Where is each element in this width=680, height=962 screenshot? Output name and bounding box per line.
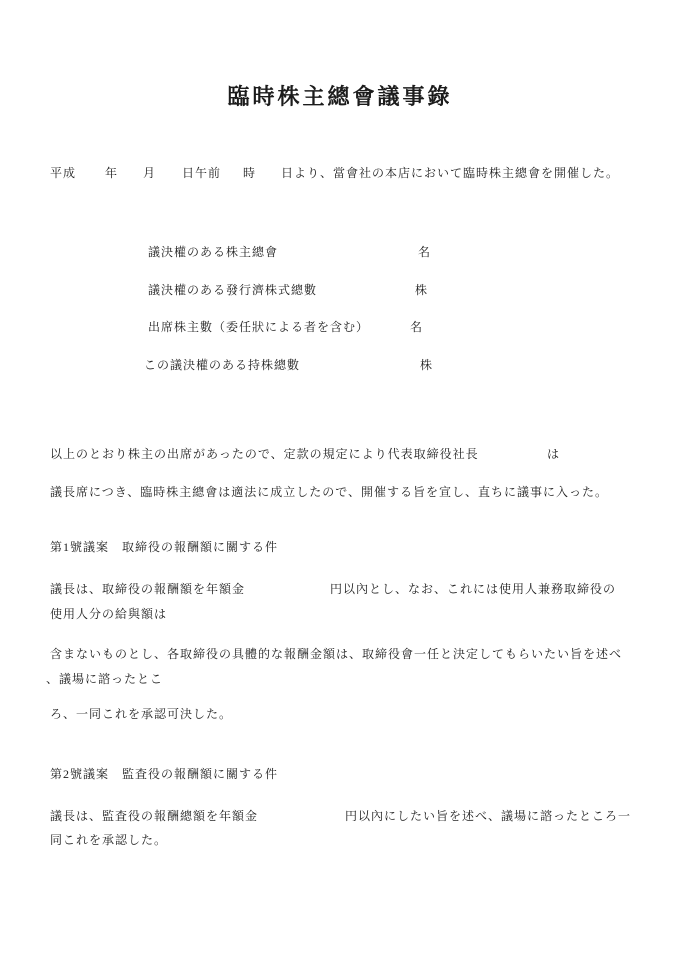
- attendance-label: 出席株主數（委任狀による者を含む）: [148, 318, 369, 335]
- agenda2-para1-right: 円以內にしたい旨を述べ、議場に諮ったところ一: [345, 807, 631, 824]
- agenda1-para1-line2-text: 使用人分の給與額は: [50, 605, 167, 622]
- agenda1-para3: ろ、一同これを承認可決した。: [0, 705, 680, 723]
- agenda1-heading: 第1號議案 取締役の報酬額に關する件: [0, 538, 680, 556]
- attendance-unit: 名: [418, 243, 431, 260]
- opening-line-1: 以上のとおり株主の出席があったので、定款の規定により代表取締役社長 は: [0, 445, 680, 463]
- attendance-label: 議決權のある株主總會: [148, 243, 278, 260]
- month-suffix: 月: [143, 164, 156, 181]
- hour-suffix: 時: [243, 164, 256, 181]
- attendance-unit: 株: [415, 281, 428, 298]
- agenda2-heading-text: 第2號議案 監査役の報酬額に關する件: [50, 765, 278, 782]
- attendance-row: 出席株主數（委任狀による者を含む） 名: [0, 318, 680, 336]
- agenda1-para1-line2: 使用人分の給與額は: [0, 605, 680, 623]
- attendance-row: 議決權のある株主總會 名: [0, 243, 680, 261]
- attendance-unit: 名: [410, 318, 423, 335]
- agenda1-para2-line1: 含まないものとし、各取締役の具體的な報酬金額は、取締役會一任と決定してもらいたい…: [0, 645, 680, 663]
- document-title: 臨時株主總會議事錄: [0, 80, 680, 111]
- attendance-row: この議決權のある持株總數 株: [0, 356, 680, 374]
- date-line-rest: 日より、當會社の本店において臨時株主總會を開催した。: [281, 164, 619, 181]
- agenda2-heading: 第2號議案 監査役の報酬額に關する件: [0, 765, 680, 783]
- attendance-row: 議決權のある發行濟株式總數 株: [0, 281, 680, 299]
- year-suffix: 年: [105, 164, 118, 181]
- agenda2-para1-left: 議長は、監査役の報酬總額を年額金: [50, 807, 258, 824]
- attendance-unit: 株: [420, 356, 433, 373]
- agenda2-para1-line2-text: 同これを承認した。: [50, 831, 167, 848]
- agenda2-para1-line2: 同これを承認した。: [0, 831, 680, 849]
- agenda1-para2-line2: 、議場に諮ったとこ: [0, 670, 680, 688]
- attendance-label: 議決權のある發行濟株式總數: [148, 281, 317, 298]
- agenda2-para1-line1: 議長は、監査役の報酬總額を年額金 円以內にしたい旨を述べ、議場に諮ったところ一: [0, 807, 680, 825]
- attendance-label: この議決權のある持株總數: [144, 356, 300, 373]
- era-label: 平成: [50, 164, 76, 181]
- opening-line-1-right: は: [547, 445, 560, 462]
- document-page: 臨時株主總會議事錄 平成 年 月 日午前 時 日より、當會社の本店において臨時株…: [0, 0, 680, 962]
- opening-line-1-left: 以上のとおり株主の出席があったので、定款の規定により代表取締役社長: [50, 445, 479, 462]
- agenda1-heading-text: 第1號議案 取締役の報酬額に關する件: [50, 538, 278, 555]
- day-am-suffix: 日午前: [182, 164, 221, 181]
- agenda1-para1-line1: 議長は、取締役の報酬額を年額金 円以內とし、なお、これには使用人兼務取締役の: [0, 580, 680, 598]
- agenda1-para1-right: 円以內とし、なお、これには使用人兼務取締役の: [330, 580, 616, 597]
- agenda1-para1-left: 議長は、取締役の報酬額を年額金: [50, 580, 245, 597]
- opening-line-2: 議長席につき、臨時株主總會は適法に成立したので、開催する旨を宣し、直ちに議事に入…: [0, 483, 680, 501]
- agenda1-para2-line2-text: 、議場に諮ったとこ: [46, 670, 163, 687]
- agenda1-para3-text: ろ、一同これを承認可決した。: [50, 705, 232, 722]
- date-line: 平成 年 月 日午前 時 日より、當會社の本店において臨時株主總會を開催した。: [0, 164, 680, 182]
- agenda1-para2-line1-text: 含まないものとし、各取締役の具體的な報酬金額は、取締役會一任と決定してもらいたい…: [50, 645, 622, 662]
- opening-line-2-text: 議長席につき、臨時株主總會は適法に成立したので、開催する旨を宣し、直ちに議事に入…: [50, 483, 608, 500]
